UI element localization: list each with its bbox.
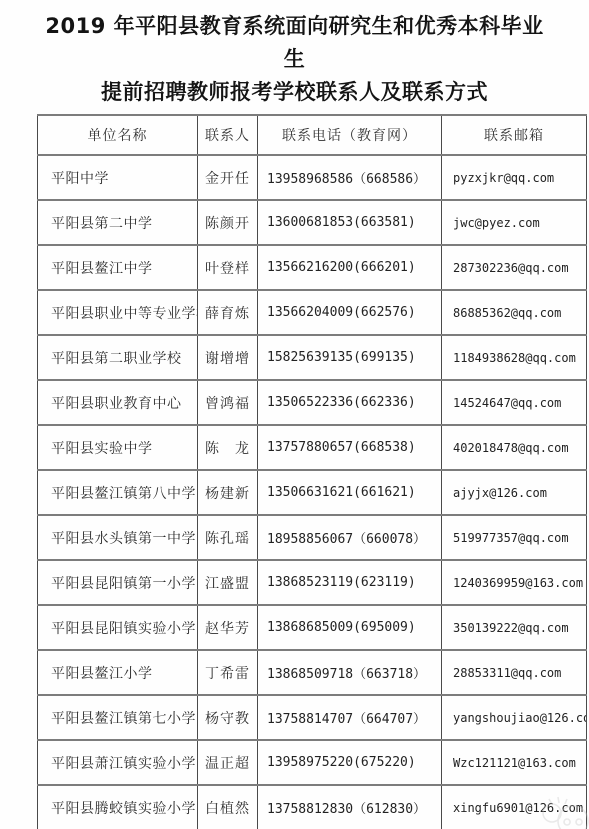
cell-contact-phone: 13868523119(623119) — [258, 560, 442, 605]
table-body: 平阳中学金开任13958968586（668586）pyzxjkr@qq.com… — [38, 155, 587, 829]
cell-contact-email: 86885362@qq.com — [442, 290, 587, 335]
header-contact-person: 联系人 — [198, 115, 258, 155]
header-contact-email: 联系邮箱 — [442, 115, 587, 155]
cell-contact-email: jwc@pyez.com — [442, 200, 587, 245]
cell-contact-person: 陈颜开 — [198, 200, 258, 245]
title-line-3: 提前招聘教师报考学校联系人及联系方式 — [0, 76, 589, 109]
cell-school-name: 平阳县职业中等专业学校 — [38, 290, 198, 335]
table-row: 平阳县第二中学陈颜开13600681853(663581)jwc@pyez.co… — [38, 200, 587, 245]
cell-contact-person: 丁希雷 — [198, 650, 258, 695]
cell-contact-person: 杨守教 — [198, 695, 258, 740]
table-row: 平阳县腾蛟镇实验小学白植然13758812830（612830）xingfu69… — [38, 785, 587, 829]
table-row: 平阳县鳌江镇第七小学杨守教13758814707（664707）yangshou… — [38, 695, 587, 740]
scanned-notice-page: 2019 年平阳县教育系统面向研究生和优秀本科毕业 生 提前招聘教师报考学校联系… — [0, 0, 589, 829]
cell-contact-person: 杨建新 — [198, 470, 258, 515]
cell-contact-person: 江盛盟 — [198, 560, 258, 605]
cell-contact-email: 1240369959@163.com — [442, 560, 587, 605]
table-row: 平阳中学金开任13958968586（668586）pyzxjkr@qq.com — [38, 155, 587, 200]
cell-contact-email: 14524647@qq.com — [442, 380, 587, 425]
cell-school-name: 平阳县水头镇第一中学 — [38, 515, 198, 560]
cell-school-name: 平阳县第二职业学校 — [38, 335, 198, 380]
cell-school-name: 平阳县鳌江镇第七小学 — [38, 695, 198, 740]
cell-contact-person: 金开任 — [198, 155, 258, 200]
cell-school-name: 平阳县实验中学 — [38, 425, 198, 470]
cell-contact-person: 赵华芳 — [198, 605, 258, 650]
cell-contact-phone: 18958856067（660078） — [258, 515, 442, 560]
cell-contact-phone: 13506522336(662336) — [258, 380, 442, 425]
cell-contact-email: 287302236@qq.com — [442, 245, 587, 290]
table-row: 平阳县实验中学陈 龙13757880657(668538)402018478@q… — [38, 425, 587, 470]
document-title: 2019 年平阳县教育系统面向研究生和优秀本科毕业 生 提前招聘教师报考学校联系… — [0, 0, 589, 109]
cell-school-name: 平阳县第二中学 — [38, 200, 198, 245]
cell-contact-email: xingfu6901@126.com — [442, 785, 587, 829]
cell-contact-phone: 13506631621(661621) — [258, 470, 442, 515]
cell-contact-email: Wzc121121@163.com — [442, 740, 587, 785]
cell-school-name: 平阳县昆阳镇实验小学 — [38, 605, 198, 650]
cell-contact-phone: 13566216200(666201) — [258, 245, 442, 290]
table-row: 平阳县职业中等专业学校薛育炼13566204009(662576)8688536… — [38, 290, 587, 335]
table-row: 平阳县鳌江镇第八中学杨建新13506631621(661621)ajyjx@12… — [38, 470, 587, 515]
cell-contact-phone: 13566204009(662576) — [258, 290, 442, 335]
table-row: 平阳县第二职业学校谢增增15825639135(699135)118493862… — [38, 335, 587, 380]
header-contact-phone: 联系电话（教育网） — [258, 115, 442, 155]
table-row: 平阳县水头镇第一中学陈孔瑶18958856067（660078）51997735… — [38, 515, 587, 560]
cell-contact-email: 402018478@qq.com — [442, 425, 587, 470]
table-row: 平阳县鳌江小学丁希雷13868509718（663718）28853311@qq… — [38, 650, 587, 695]
cell-contact-email: ajyjx@126.com — [442, 470, 587, 515]
cell-contact-email: 28853311@qq.com — [442, 650, 587, 695]
cell-contact-person: 温正超 — [198, 740, 258, 785]
cell-contact-email: pyzxjkr@qq.com — [442, 155, 587, 200]
table-header-row: 单位名称 联系人 联系电话（教育网） 联系邮箱 — [38, 115, 587, 155]
cell-contact-person: 陈孔瑶 — [198, 515, 258, 560]
cell-contact-phone: 13758812830（612830） — [258, 785, 442, 829]
cell-contact-phone: 13758814707（664707） — [258, 695, 442, 740]
table-row: 平阳县职业教育中心曾鸿福13506522336(662336)14524647@… — [38, 380, 587, 425]
cell-school-name: 平阳县萧江镇实验小学 — [38, 740, 198, 785]
header-school-name: 单位名称 — [38, 115, 198, 155]
cell-contact-phone: 13757880657(668538) — [258, 425, 442, 470]
title-line-2: 生 — [0, 43, 589, 76]
cell-contact-person: 薛育炼 — [198, 290, 258, 335]
cell-contact-phone: 13600681853(663581) — [258, 200, 442, 245]
title-line-1: 2019 年平阳县教育系统面向研究生和优秀本科毕业 — [0, 10, 589, 43]
cell-school-name: 平阳县昆阳镇第一小学 — [38, 560, 198, 605]
cell-contact-person: 陈 龙 — [198, 425, 258, 470]
cell-school-name: 平阳县鳌江小学 — [38, 650, 198, 695]
cell-school-name: 平阳县腾蛟镇实验小学 — [38, 785, 198, 829]
table-row: 平阳县昆阳镇第一小学江盛盟13868523119(623119)12403699… — [38, 560, 587, 605]
table-row: 平阳县昆阳镇实验小学赵华芳13868685009(695009)35013922… — [38, 605, 587, 650]
cell-school-name: 平阳县鳌江中学 — [38, 245, 198, 290]
cell-school-name: 平阳县鳌江镇第八中学 — [38, 470, 198, 515]
school-contacts-table: 单位名称 联系人 联系电话（教育网） 联系邮箱 平阳中学金开任139589685… — [37, 114, 587, 829]
cell-contact-phone: 13958968586（668586） — [258, 155, 442, 200]
cell-contact-email: yangshoujiao@126.com — [442, 695, 587, 740]
cell-contact-phone: 13868509718（663718） — [258, 650, 442, 695]
table-row: 平阳县鳌江中学叶登样13566216200(666201)287302236@q… — [38, 245, 587, 290]
cell-contact-email: 1184938628@qq.com — [442, 335, 587, 380]
cell-contact-email: 519977357@qq.com — [442, 515, 587, 560]
cell-contact-person: 曾鸿福 — [198, 380, 258, 425]
cell-contact-person: 叶登样 — [198, 245, 258, 290]
cell-contact-phone: 13958975220(675220) — [258, 740, 442, 785]
cell-contact-person: 白植然 — [198, 785, 258, 829]
cell-contact-email: 350139222@qq.com — [442, 605, 587, 650]
cell-contact-phone: 13868685009(695009) — [258, 605, 442, 650]
cell-school-name: 平阳中学 — [38, 155, 198, 200]
cell-contact-person: 谢增增 — [198, 335, 258, 380]
table-row: 平阳县萧江镇实验小学温正超13958975220(675220)Wzc12112… — [38, 740, 587, 785]
cell-contact-phone: 15825639135(699135) — [258, 335, 442, 380]
cell-school-name: 平阳县职业教育中心 — [38, 380, 198, 425]
